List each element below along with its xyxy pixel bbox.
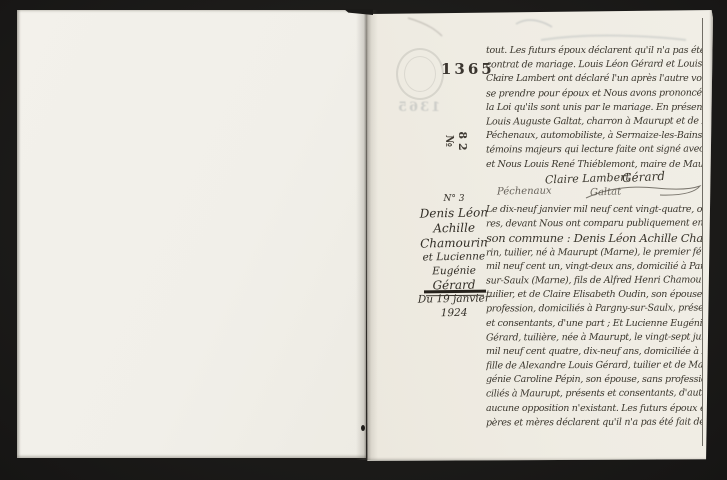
manuscript-line: tout. Les futurs époux déclarent qu'il n…: [486, 44, 702, 58]
margin-rule-line: [702, 18, 703, 446]
manuscript-line: sur-Saulx (Marne), fils de Alfred Henri …: [486, 273, 702, 288]
manuscript-line: Gérard, tuilière, née à Maurupt, le ving…: [486, 330, 702, 345]
manuscript-line: Claire Lambert ont déclaré l'un après l'…: [486, 72, 702, 86]
manuscript-line: profession, domiciliés à Pargny-sur-Saul…: [486, 302, 702, 317]
vertical-number-stamp: 82 №: [443, 123, 469, 163]
left-page: [17, 10, 366, 458]
manuscript-line: Louis Auguste Galtat, charron à Maurupt …: [486, 114, 702, 129]
bleed-through-folio-number: 1365: [396, 100, 440, 115]
manuscript-line: Le dix-neuf janvier mil neuf cent vingt-…: [486, 203, 702, 217]
manuscript-line: génie Caroline Pépin, son épouse, sans p…: [486, 373, 702, 387]
archive-scan: 1365 . 1365 82 № N° 3 Denis Léon Achille…: [0, 0, 727, 480]
manuscript-line: la Loi qu'ils sont unis par le mariage. …: [486, 101, 702, 115]
manuscript-line: témoins majeurs qui lecture faite ont si…: [486, 143, 702, 158]
manuscript-line: son commune : Denis Léon Achille Chamou-: [486, 231, 702, 245]
closing-rule: [424, 290, 486, 294]
manuscript-line: fille de Alexandre Louis Gérard, tuilier…: [486, 359, 702, 374]
manuscript-line: contrat de mariage. Louis Léon Gérard et…: [486, 58, 702, 73]
manuscript-text-column: tout. Les futurs époux déclarent qu'il n…: [486, 44, 702, 172]
signature: Péchenaux: [497, 186, 552, 198]
manuscript-line: mil neuf cent un, vingt-deux ans, domici…: [486, 260, 702, 274]
ink-dot: [361, 425, 365, 431]
manuscript-line: Péchenaux, automobiliste, à Sermaize-les…: [486, 129, 702, 143]
manuscript-line: se prendre pour époux et Nous avons pron…: [486, 86, 702, 101]
manuscript-text-column: Le dix-neuf janvier mil neuf cent vingt-…: [486, 203, 702, 430]
manuscript-line: pères et mères déclarent qu'il n'a pas é…: [486, 415, 702, 430]
book-spine: [356, 10, 378, 460]
manuscript-line: aucune opposition n'existant. Les futurs…: [486, 402, 702, 416]
right-page: 1365 . 1365 82 № N° 3 Denis Léon Achille…: [366, 10, 713, 461]
manuscript-line: res, devant Nous ont comparu publiquemen…: [486, 217, 702, 232]
manuscript-line: et consentants, d'une part ; Et Lucienne…: [486, 317, 702, 331]
manuscript-line: tuilier, et de Claire Elisabeth Oudin, s…: [486, 288, 702, 302]
manuscript-line: rin, tuilier, né à Maurupt (Marne), le p…: [486, 245, 702, 260]
round-stamp-icon: [396, 48, 444, 100]
manuscript-line: ciliés à Maurupt, présents et consentant…: [486, 387, 702, 402]
manuscript-line: mil neuf cent quatre, dix-neuf ans, domi…: [486, 345, 702, 359]
manuscript-line: et Nous Louis René Thiéblemont, maire de…: [486, 158, 702, 172]
